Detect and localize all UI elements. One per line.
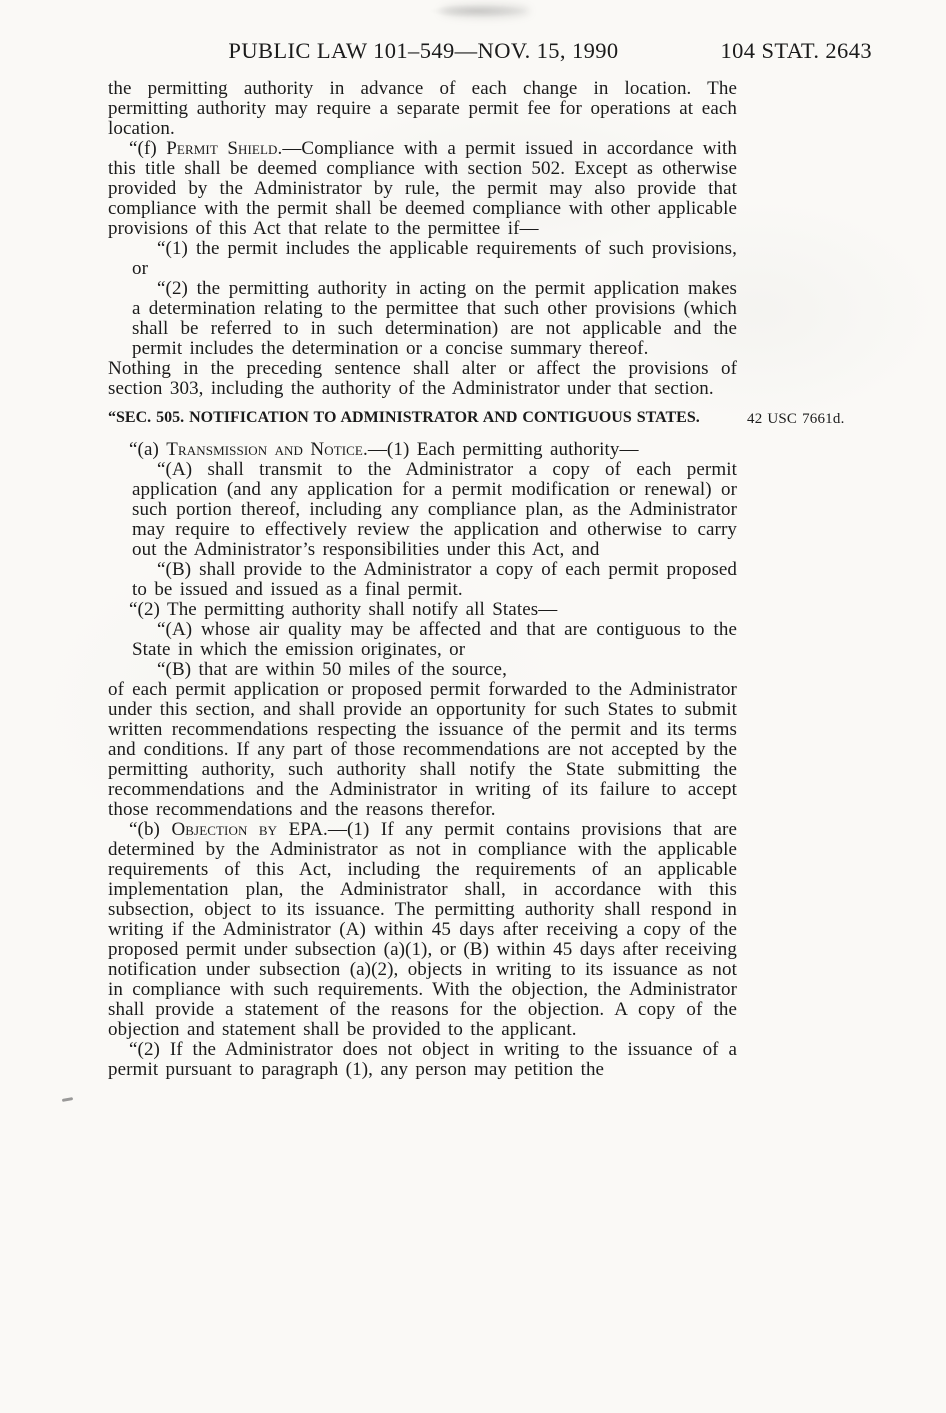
section-505-heading: “SEC. 505. NOTIFICATION TO ADMINISTRATOR… bbox=[108, 408, 737, 428]
text-run: Nothing in the preceding sentence shall … bbox=[108, 358, 737, 399]
text-run: “(2) The permitting authority shall noti… bbox=[129, 599, 557, 620]
text-run: “(b) bbox=[129, 819, 171, 840]
paragraph-a-transmission-notice: “(a) Transmission and Notice.—(1) Each p… bbox=[108, 440, 737, 460]
text-run: “(A) whose air quality may be affected a… bbox=[132, 619, 737, 660]
paragraph-recommendations-runover: of each permit application or proposed p… bbox=[108, 680, 737, 820]
subparagraph-B-fifty-miles: “(B) that are within 50 miles of the sou… bbox=[132, 660, 737, 680]
text-run: the permitting authority in advance of e… bbox=[108, 78, 737, 139]
running-head-stat-number: 104 STAT. 2643 bbox=[720, 38, 872, 64]
paragraph-2-notify-states: “(2) The permitting authority shall noti… bbox=[108, 600, 737, 620]
running-head: PUBLIC LAW 101–549—NOV. 15, 1990 104 STA… bbox=[0, 38, 946, 68]
text-run: “(2) the permitting authority in acting … bbox=[132, 278, 737, 359]
subparagraph-1-requirements: “(1) the permit includes the applicable … bbox=[132, 239, 737, 279]
paragraph-b-objection-by-epa: “(b) Objection by EPA.—(1) If any permit… bbox=[108, 820, 737, 1040]
subparagraph-B-provide-permit: “(B) shall provide to the Administrator … bbox=[132, 560, 737, 600]
text-run: “(a) bbox=[129, 439, 166, 460]
us-code-margin-note: 42 USC 7661d. bbox=[747, 409, 897, 429]
paragraph-f-permit-shield: “(f) Permit Shield.—Compliance with a pe… bbox=[108, 139, 737, 239]
text-run: of each permit application or proposed p… bbox=[108, 679, 737, 820]
small-caps-term: Transmission and Notice bbox=[166, 439, 363, 460]
text-run: “(B) shall provide to the Administrator … bbox=[132, 559, 737, 600]
statute-page: PUBLIC LAW 101–549—NOV. 15, 1990 104 STA… bbox=[0, 0, 946, 1413]
text-run: “(B) that are within 50 miles of the sou… bbox=[157, 659, 507, 680]
subparagraph-2-determination: “(2) the permitting authority in acting … bbox=[132, 279, 737, 359]
subparagraph-A-air-quality: “(A) whose air quality may be affected a… bbox=[132, 620, 737, 660]
text-run: “(A) shall transmit to the Administrator… bbox=[132, 459, 737, 560]
scan-smudge bbox=[440, 4, 530, 18]
paragraph-runover-location: the permitting authority in advance of e… bbox=[108, 79, 737, 139]
text-run: .—(1) Each permitting authority— bbox=[363, 439, 639, 460]
section-heading-text: “SEC. 505. NOTIFICATION TO ADMINISTRATOR… bbox=[108, 409, 700, 426]
text-run: “(1) the permit includes the applicable … bbox=[132, 238, 737, 279]
small-caps-term: Permit Shield bbox=[166, 138, 277, 159]
text-run: .—(1) If any permit contains provisions … bbox=[108, 819, 737, 1040]
scan-mark bbox=[62, 1097, 73, 1102]
paragraph-nothing-clause: Nothing in the preceding sentence shall … bbox=[108, 359, 737, 399]
paragraph-2-petition: “(2) If the Administrator does not objec… bbox=[108, 1040, 737, 1080]
statute-text-column: the permitting authority in advance of e… bbox=[108, 79, 737, 1080]
text-run: “(f) bbox=[129, 138, 166, 159]
running-head-law-title: PUBLIC LAW 101–549—NOV. 15, 1990 bbox=[110, 38, 737, 64]
small-caps-term: Objection by EPA bbox=[171, 819, 323, 840]
subparagraph-A-transmit-copy: “(A) shall transmit to the Administrator… bbox=[132, 460, 737, 560]
text-run: “(2) If the Administrator does not objec… bbox=[108, 1039, 737, 1080]
